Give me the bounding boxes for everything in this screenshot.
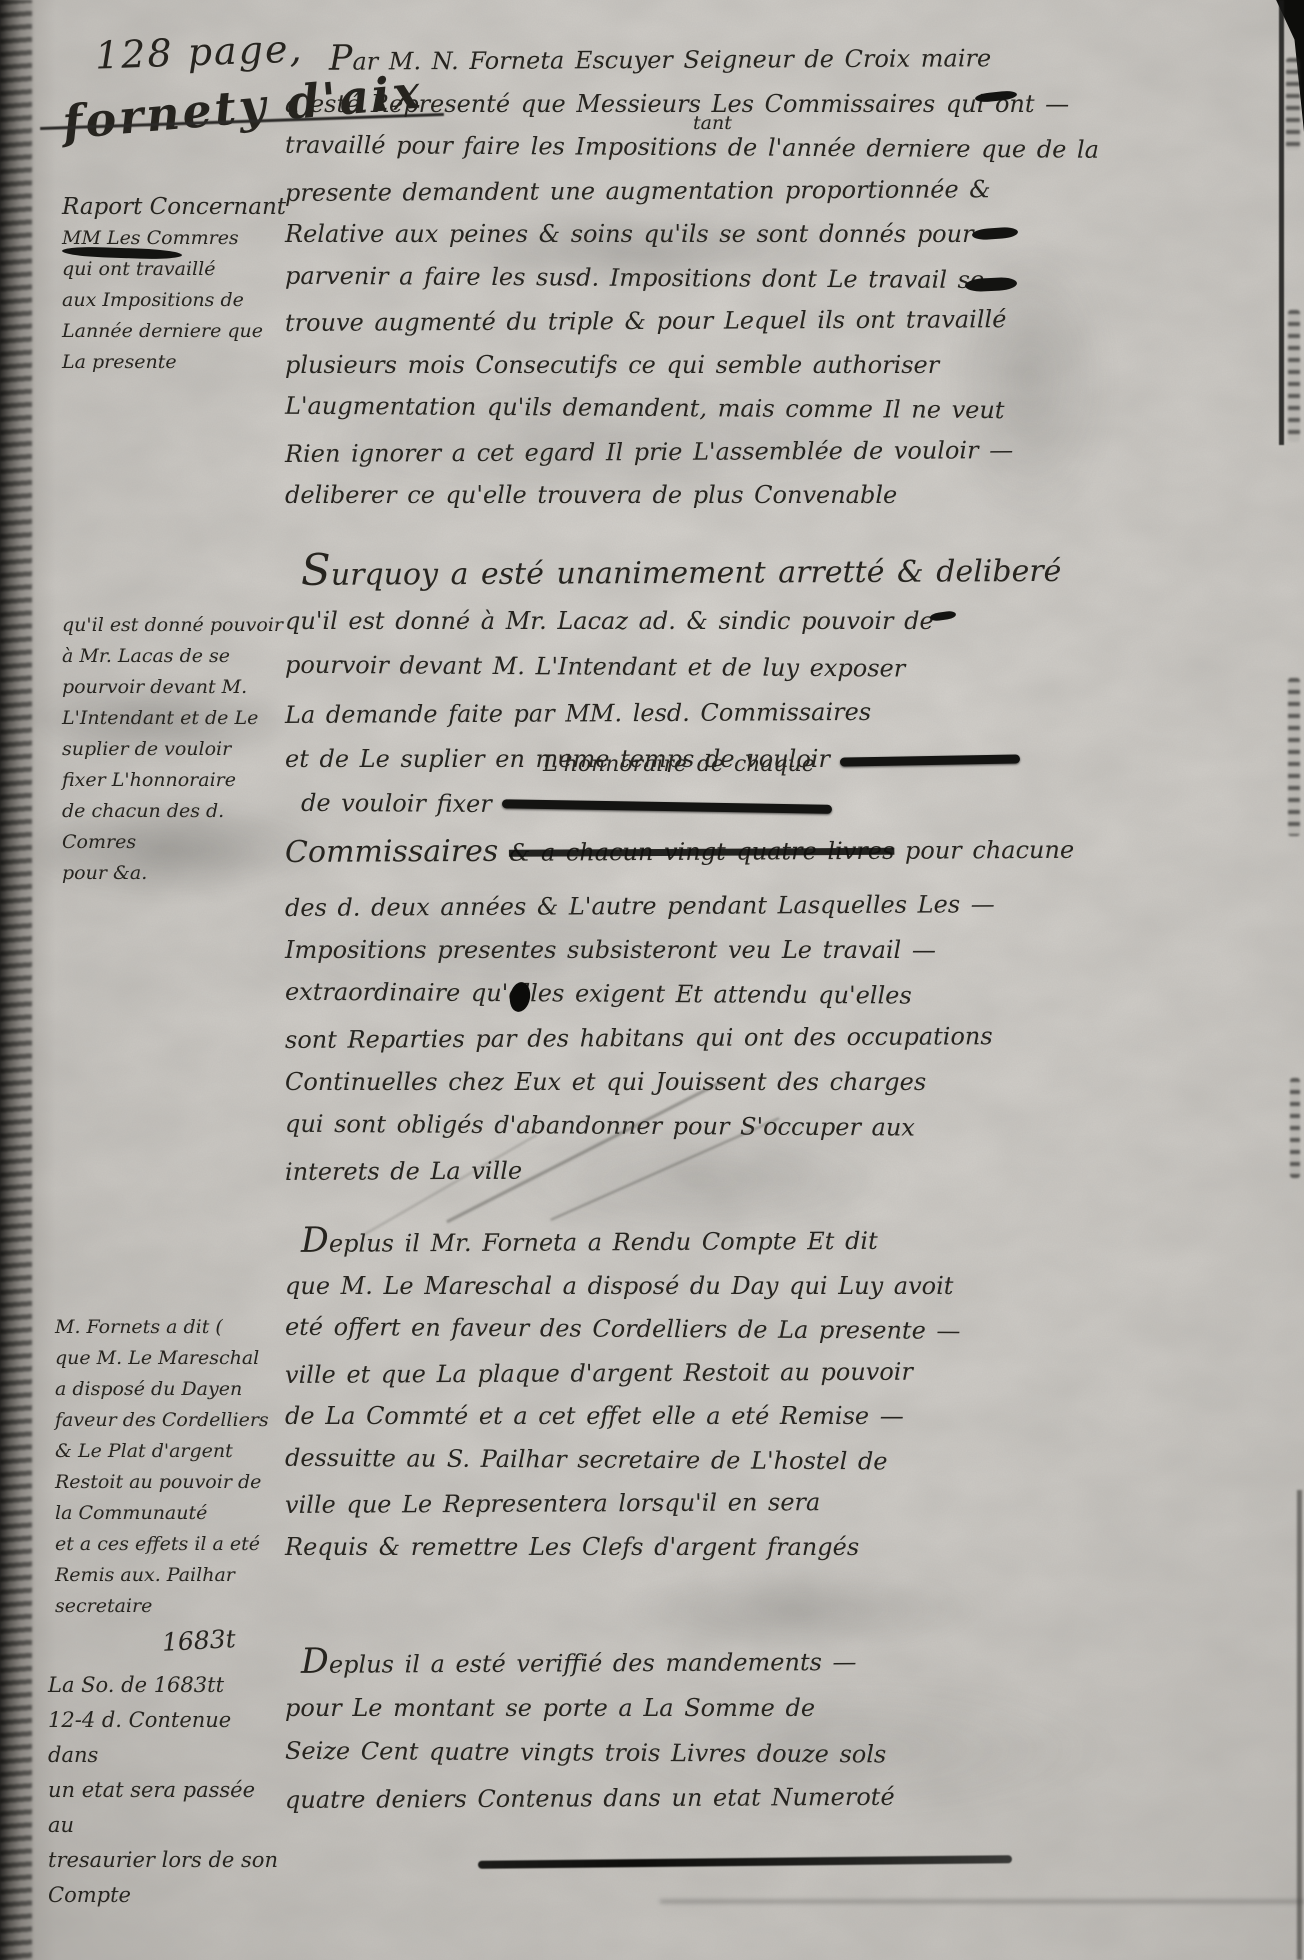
margin-note-line: Lannée derniere que (62, 316, 294, 347)
interlinear-insertion: L'honnoraire de chaque (543, 742, 815, 788)
body-line: interets de La ville (285, 1146, 1029, 1194)
body-line: ville et que La plaque d'argent Restoit … (285, 1350, 1029, 1397)
body-line: L'augmentation qu'ils demandent, mais co… (285, 385, 1029, 433)
margin-note-line: à Mr. Lacas de se (62, 641, 294, 672)
margin-note-line: M. Fornets a dit ( (55, 1312, 287, 1343)
ink-redaction-bar (840, 754, 1020, 766)
margin-note-line: La presente (62, 347, 294, 378)
margin-note-line: La So. de 1683tt (48, 1668, 280, 1703)
body-line: Deplus il a esté veriffié des mandements… (285, 1636, 1029, 1688)
margin-note-line: de chacun des d. Comres (62, 796, 294, 858)
page-edge-shadow (1297, 1490, 1302, 1960)
body-line-text: Surquoy a esté unanimement arretté & del… (301, 554, 1062, 593)
margin-note-line: qu'il est donné pouvoir (62, 610, 294, 641)
body-line: que M. Le Mareschal a disposé du Day qui… (285, 1265, 1029, 1309)
margin-note-line: a disposé du Dayen (55, 1374, 287, 1405)
facing-page-edge (1279, 0, 1284, 445)
manuscript-page: 128 page, fornety d'aix Raport Concernan… (0, 0, 1304, 1960)
body-line: plusieurs mois Consecutifs ce qui semble… (285, 344, 1029, 388)
body-line: a esté Representé que Messieurs Les Comm… (285, 83, 1029, 127)
body-line: pour Le montant se porte a La Somme de (285, 1686, 1029, 1731)
margin-note-line: pour &a. (62, 858, 294, 889)
body-line: pourvoir devant M. L'Intendant et de luy… (285, 642, 1029, 693)
body-line: Continuelles chez Eux et qui Jouissent d… (285, 1060, 1029, 1104)
body-line: trouve augmenté du triple & pour Lequel … (285, 298, 1029, 345)
body-paragraph-surquoy: Surquoy a esté unanimement arretté & del… (285, 546, 1029, 875)
margin-note-line: tresaurier lors de son (48, 1843, 280, 1878)
facing-page-fragment (1290, 1078, 1300, 1178)
body-line: eté offert en faveur des Cordelliers de … (285, 1306, 1029, 1354)
margin-note-line: & Le Plat d'argent (55, 1436, 287, 1467)
body-line-text: de vouloir fixer (301, 789, 492, 818)
body-line: dessuitte au S. Pailhar secretaire de L'… (285, 1436, 1029, 1484)
body-paragraph-deplus-mandements: Deplus il a esté veriffié des mandements… (285, 1638, 1029, 1821)
body-line: qu'il est donné à Mr. Lacaz ad. & sindic… (285, 598, 1029, 644)
facing-page-fragment (1286, 58, 1300, 150)
margin-note-line: faveur des Cordelliers (55, 1405, 287, 1436)
body-line: presente demandent une augmentation prop… (285, 168, 1029, 215)
body-line: qui sont obligés d'abandonner pour S'occ… (285, 1102, 1029, 1151)
struck-text: & a chacun vingt quatre livres (509, 837, 895, 867)
body-line: Surquoy a esté unanimement arretté & del… (285, 544, 1029, 600)
margin-note-line: L'Intendant et de Le (62, 703, 294, 734)
margin-note-line: que M. Le Mareschal (55, 1343, 287, 1374)
body-line-text: Commissaires (285, 834, 498, 870)
body-line: des d. deux années & L'autre pendant Las… (285, 882, 1029, 930)
margin-note-line: pourvoir devant M. (62, 672, 294, 703)
year-label: 1683t (161, 1624, 236, 1657)
body-line: parvenir a faire les susd. Impositions d… (285, 254, 1029, 302)
facing-page-fragment (1288, 310, 1300, 442)
body-line: Deplus il Mr. Forneta a Rendu Compte Et … (285, 1216, 1029, 1266)
crease-line (660, 1900, 1304, 1903)
body-line: Par M. N. Forneta Escuyer Seigneur de Cr… (285, 34, 1029, 84)
page-number: 128 page, (94, 26, 304, 77)
body-line: La demande faite par MM. lesd. Commissai… (285, 688, 1029, 738)
body-line: Commissaires & a chacun vingt quatre liv… (285, 826, 1029, 877)
margin-note-line: suplier de vouloir (62, 734, 294, 765)
margin-note-plat-argent: M. Fornets a dit ( que M. Le Mareschal a… (55, 1312, 287, 1622)
margin-note-line: aux Impositions de (62, 285, 294, 316)
body-paragraph-deplus-plat: Deplus il Mr. Forneta a Rendu Compte Et … (285, 1218, 1029, 1569)
body-line: ville que Le Representera lorsqu'il en s… (285, 1480, 1029, 1527)
body-line: Impositions presentes subsisteront veu L… (285, 928, 1029, 972)
body-line: de La Commté et a cet effet elle a eté R… (285, 1395, 1029, 1439)
margin-note-line: Compte (48, 1878, 280, 1913)
margin-note-somme: La So. de 1683tt 12-4 d. Contenue dans u… (48, 1668, 280, 1913)
ink-redaction-bar (502, 799, 832, 813)
body-line-text: pour chacune (905, 836, 1074, 865)
body-line: travaillé pour faire les Impositions de … (285, 124, 1029, 172)
body-line: Requis & remettre Les Clefs d'argent fra… (285, 1526, 1029, 1570)
facing-page-fragment (1288, 678, 1300, 836)
margin-note-raport: Raport Concernant MM Les Commres qui ont… (62, 192, 294, 378)
margin-note-line: la Communauté (55, 1498, 287, 1529)
margin-note-line: Remis aux. Pailhar (55, 1560, 287, 1591)
body-line: extraordinaire qu'elles exigent Et atten… (285, 970, 1029, 1019)
margin-note-line: Restoit au pouvoir de (55, 1467, 287, 1498)
margin-note-line: 12-4 d. Contenue dans (48, 1703, 280, 1773)
binding-fibers (0, 0, 32, 1960)
bottom-ink-stroke (478, 1855, 1012, 1869)
body-paragraph-opening: Par M. N. Forneta Escuyer Seigneur de Cr… (285, 36, 1029, 518)
margin-note-line: qui ont travaillé (62, 254, 294, 285)
body-line: Relative aux peines & soins qu'ils se so… (285, 213, 1029, 257)
body-line: quatre deniers Contenus dans un etat Num… (285, 1774, 1029, 1823)
body-line: sont Reparties par des habitans qui ont … (285, 1014, 1029, 1062)
body-line: Rien ignorer a cet egard Il prie L'assem… (285, 429, 1029, 476)
margin-note-line: secretaire (55, 1591, 287, 1622)
margin-note-line: un etat sera passée au (48, 1773, 280, 1843)
body-line: Seize Cent quatre vingts trois Livres do… (285, 1729, 1029, 1779)
body-line: deliberer ce qu'elle trouvera de plus Co… (285, 474, 1029, 518)
margin-note-pouvoir: qu'il est donné pouvoir à Mr. Lacas de s… (62, 610, 294, 889)
body-paragraph-continuation: des d. deux années & L'autre pendant Las… (285, 884, 1029, 1192)
margin-note-line: Raport Concernant (62, 192, 294, 223)
margin-note-line: et a ces effets il a eté (55, 1529, 287, 1560)
interlinear-insertion: tant (693, 102, 732, 146)
margin-note-line: fixer L'honnoraire (62, 765, 294, 796)
